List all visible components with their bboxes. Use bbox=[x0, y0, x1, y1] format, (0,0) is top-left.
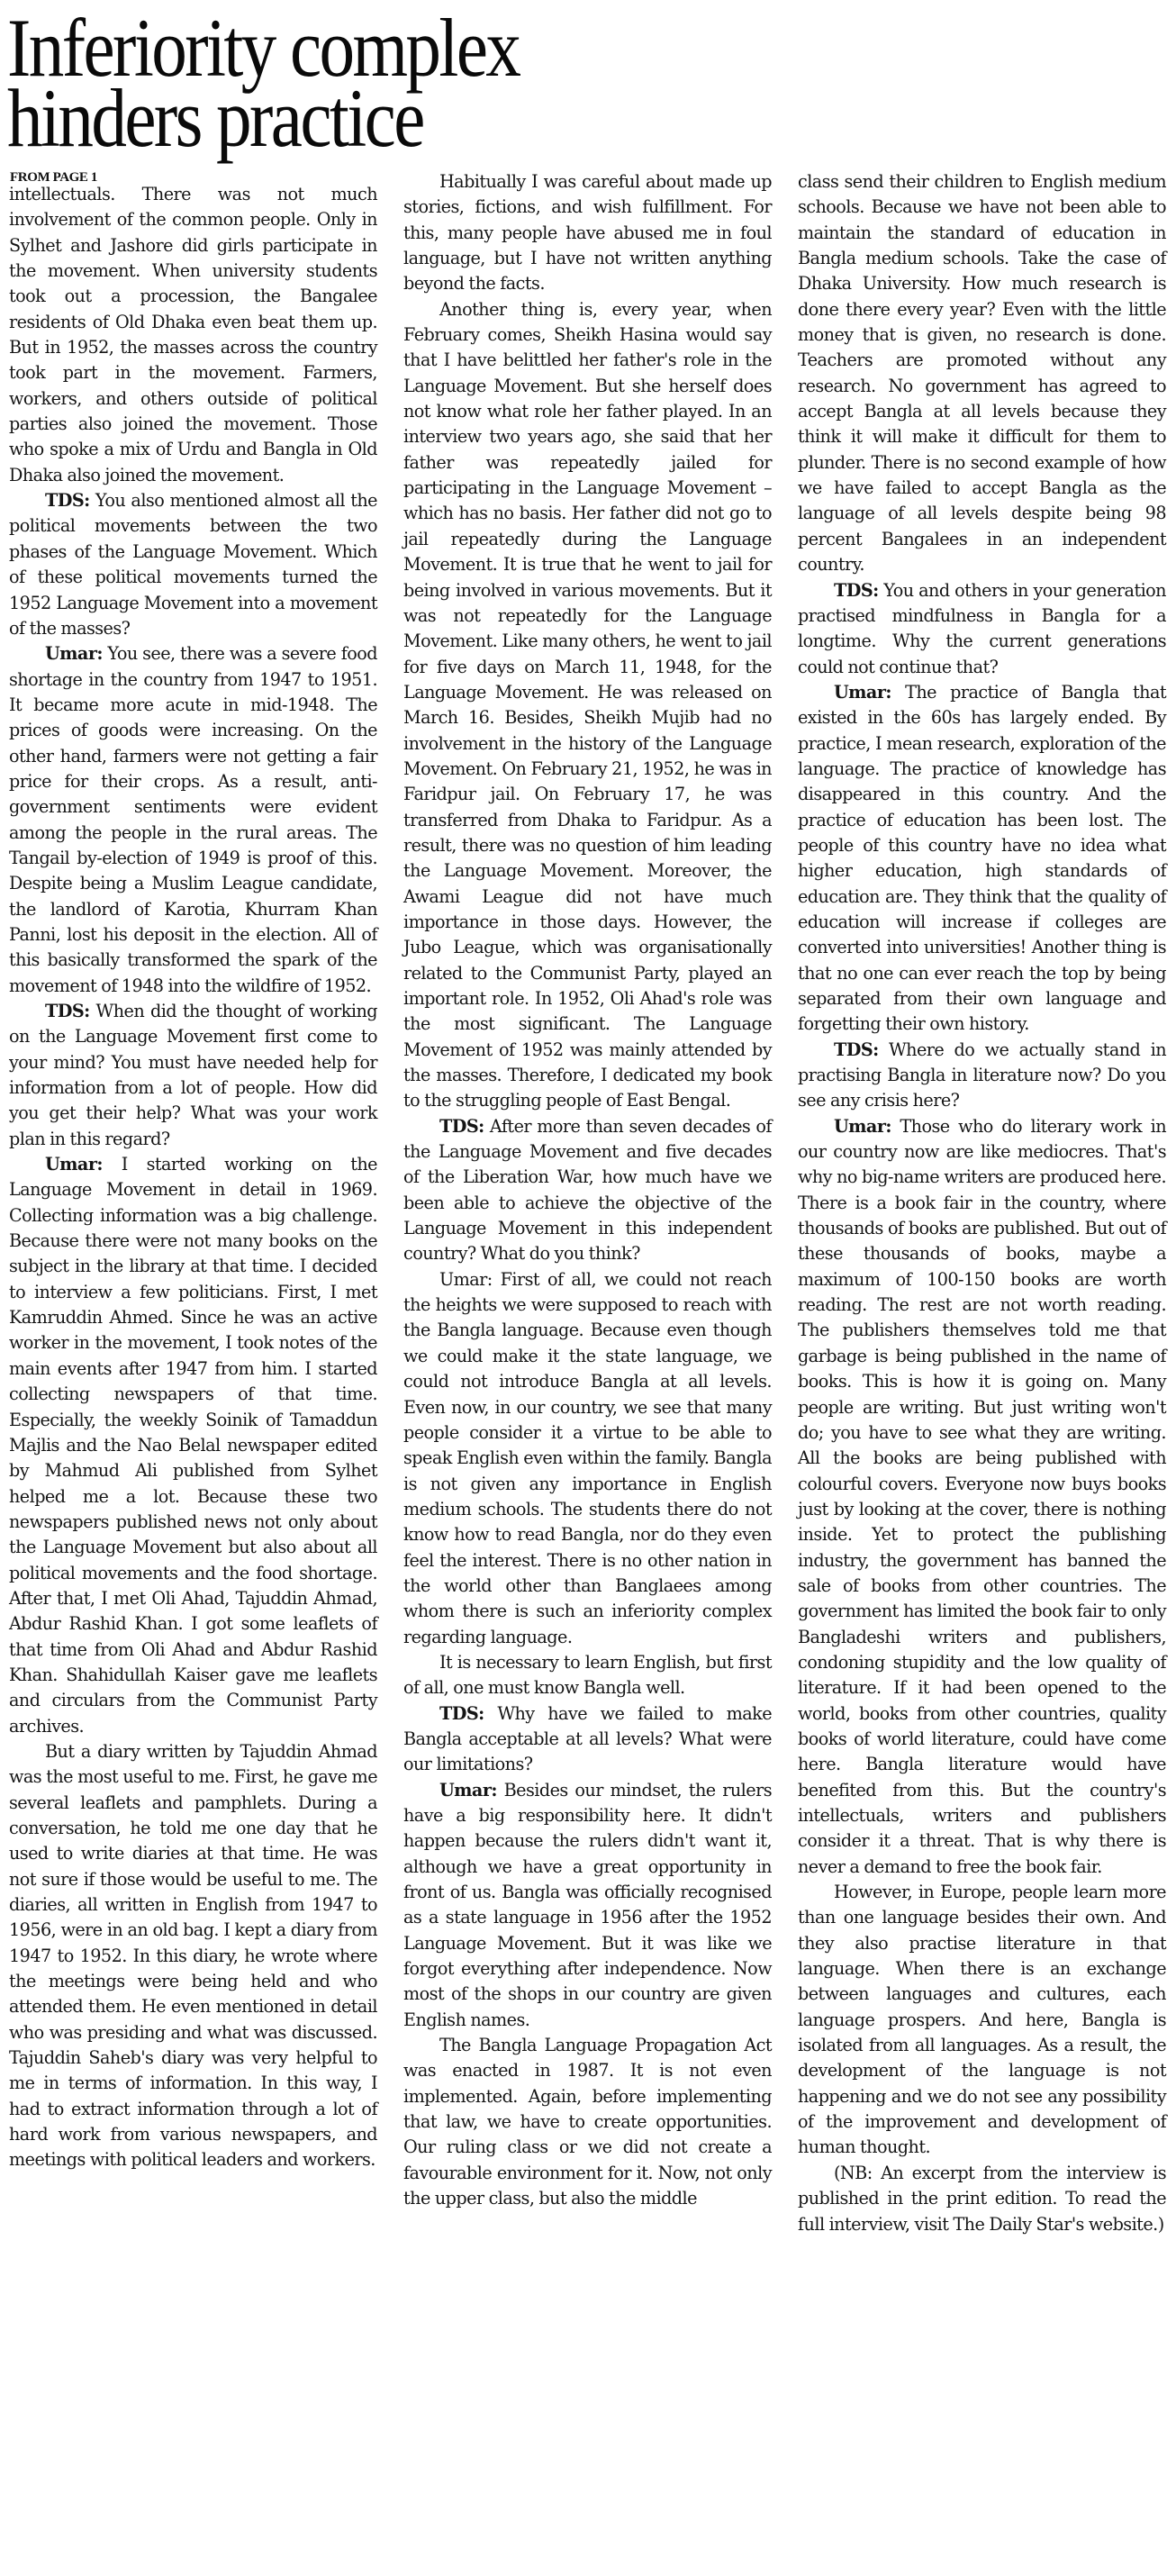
paragraph-text: Those who do literary work in our countr… bbox=[798, 1116, 1166, 1877]
speaker-label: TDS: bbox=[439, 1703, 484, 1724]
body-paragraph: Habitually I was careful about made up s… bbox=[403, 169, 772, 297]
speaker-label: Umar: bbox=[834, 682, 891, 703]
paragraph-text: When did the thought of working on the L… bbox=[9, 1001, 377, 1149]
article-column-1: intellectuals. There was not much involv… bbox=[9, 182, 377, 2173]
body-paragraph: class send their children to English med… bbox=[798, 169, 1166, 578]
paragraph-text: You also mentioned almost all the politi… bbox=[9, 490, 377, 639]
paragraph-text: class send their children to English med… bbox=[798, 171, 1166, 575]
paragraph-text: Besides our mindset, the rulers have a b… bbox=[403, 1780, 772, 2030]
paragraph-text: intellectuals. There was not much involv… bbox=[9, 184, 377, 485]
interview-paragraph-umar: Umar: The practice of Bangla that existe… bbox=[798, 680, 1166, 1038]
interview-paragraph-umar: Umar: Besides our mindset, the rulers ha… bbox=[403, 1778, 772, 2033]
paragraph-text: However, in Europe, people learn more th… bbox=[798, 1882, 1166, 2157]
article-column-2: Habitually I was careful about made up s… bbox=[403, 169, 772, 2212]
speaker-label: TDS: bbox=[439, 1116, 484, 1137]
paragraph-text: Another thing is, every year, when Febru… bbox=[403, 299, 772, 1111]
body-paragraph: The Bangla Language Propagation Act was … bbox=[403, 2033, 772, 2211]
interview-paragraph-umar: Umar: Those who do literary work in our … bbox=[798, 1114, 1166, 1880]
paragraph-text: It is necessary to learn English, but fi… bbox=[403, 1652, 772, 1698]
body-paragraph: It is necessary to learn English, but fi… bbox=[403, 1650, 772, 1701]
paragraph-text: The Bangla Language Propagation Act was … bbox=[403, 2035, 772, 2209]
speaker-label: Umar: bbox=[439, 1780, 497, 1800]
body-paragraph: Umar: First of all, we could not reach t… bbox=[403, 1267, 772, 1650]
speaker-label: TDS: bbox=[834, 1039, 879, 1060]
paragraph-text: After more than seven decades of the Lan… bbox=[403, 1116, 772, 1265]
paragraph-text: The practice of Bangla that existed in t… bbox=[798, 682, 1166, 1034]
paragraph-text: But a diary written by Tajuddin Ahmad wa… bbox=[9, 1741, 377, 2171]
paragraph-text: I started working on the Language Moveme… bbox=[9, 1154, 377, 1737]
speaker-label: Umar: bbox=[834, 1116, 891, 1137]
article-headline: Inferiority complex hinders practice bbox=[7, 13, 1006, 153]
interview-paragraph-tds: TDS: When did the thought of working on … bbox=[9, 999, 377, 1152]
interview-paragraph-umar: Umar: I started working on the Language … bbox=[9, 1152, 377, 1739]
speaker-label: Umar: bbox=[45, 1154, 103, 1175]
interview-paragraph-tds: TDS: Where do we actually stand in pract… bbox=[798, 1038, 1166, 1114]
body-paragraph: (NB: An excerpt from the interview is pu… bbox=[798, 2161, 1166, 2237]
speaker-label: Umar: bbox=[45, 643, 103, 664]
interview-paragraph-tds: TDS: You also mentioned almost all the p… bbox=[9, 488, 377, 641]
interview-paragraph-umar: Umar: You see, there was a severe food s… bbox=[9, 641, 377, 999]
speaker-label: TDS: bbox=[45, 490, 90, 511]
body-paragraph: However, in Europe, people learn more th… bbox=[798, 1880, 1166, 2161]
paragraph-text: You see, there was a severe food shortag… bbox=[9, 643, 377, 995]
speaker-label: TDS: bbox=[45, 1001, 90, 1021]
paragraph-text: (NB: An excerpt from the interview is pu… bbox=[798, 2163, 1166, 2235]
body-paragraph: Another thing is, every year, when Febru… bbox=[403, 297, 772, 1114]
body-paragraph: But a diary written by Tajuddin Ahmad wa… bbox=[9, 1739, 377, 2173]
body-paragraph: intellectuals. There was not much involv… bbox=[9, 182, 377, 488]
interview-paragraph-tds: TDS: After more than seven decades of th… bbox=[403, 1114, 772, 1267]
interview-paragraph-tds: TDS: Why have we failed to make Bangla a… bbox=[403, 1701, 772, 1778]
article-column-3: class send their children to English med… bbox=[798, 169, 1166, 2237]
interview-paragraph-tds: TDS: You and others in your generation p… bbox=[798, 578, 1166, 680]
paragraph-text: Habitually I was careful about made up s… bbox=[403, 171, 772, 294]
speaker-label: TDS: bbox=[834, 580, 879, 601]
paragraph-text: Umar: First of all, we could not reach t… bbox=[403, 1269, 772, 1647]
